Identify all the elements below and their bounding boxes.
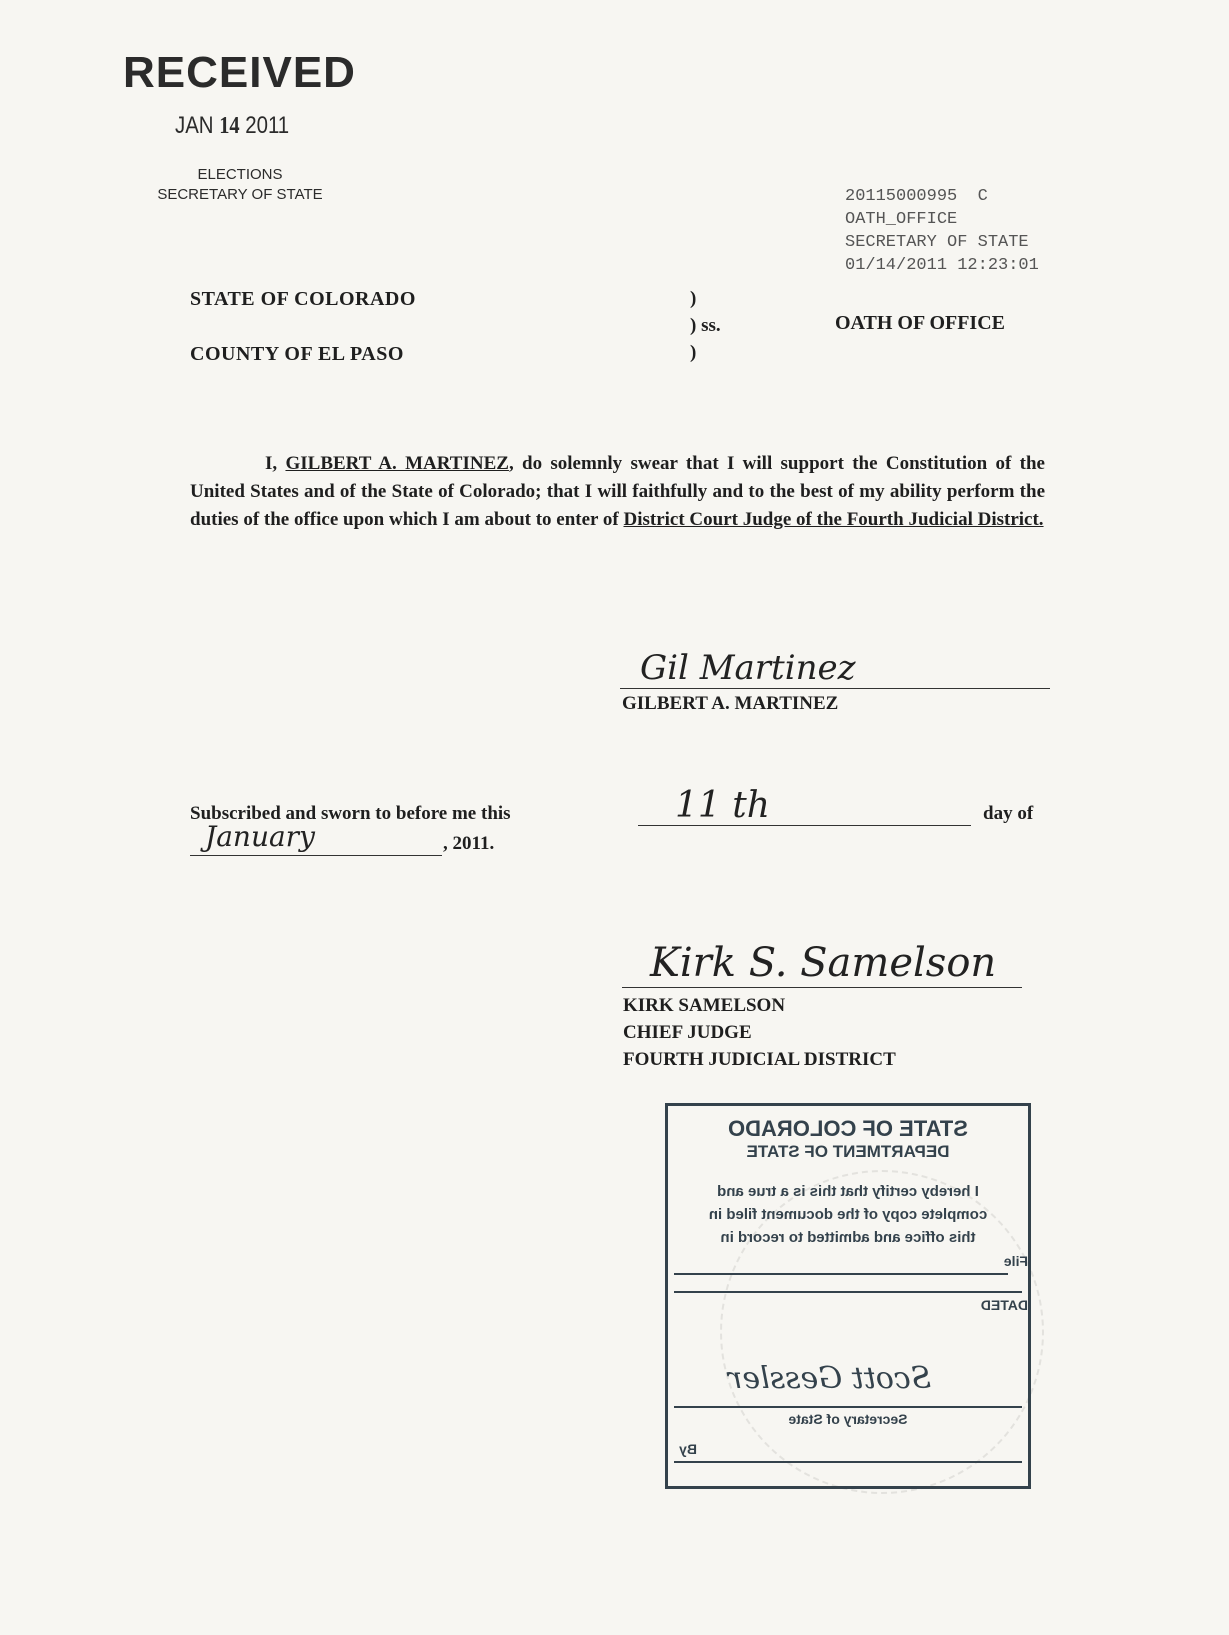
stamp-dept-line2: SECRETARY OF STATE (150, 185, 330, 205)
stamp-dept-line1: ELECTIONS (150, 165, 330, 185)
filing-office: SECRETARY OF STATE (845, 231, 1039, 254)
judge-block: KIRK SAMELSON CHIEF JUDGE FOURTH JUDICIA… (623, 992, 896, 1073)
seal-line2: DEPARTMENT OF STATE (668, 1142, 1028, 1162)
judge-signature-line (622, 987, 1022, 988)
oath-office: District Court Judge of the Fourth Judic… (623, 509, 1043, 530)
seal-by-line (674, 1461, 1022, 1463)
stamp-day: 14 (219, 113, 239, 139)
venue-paren: ) (690, 342, 696, 364)
jurat-month-line (190, 855, 442, 856)
seal-line1: STATE OF COLORADO (668, 1116, 1028, 1142)
jurat-day-of: day of (983, 803, 1033, 825)
seal-cert3: this office and admitted to record in (668, 1226, 1028, 1249)
oath-name: GILBERT A. MARTINEZ (285, 453, 508, 474)
secretary-signature: Scott Gessler (728, 1361, 931, 1396)
stamp-year: 2011 (245, 112, 289, 139)
received-stamp-dept: ELECTIONS SECRETARY OF STATE (150, 165, 330, 205)
document-title: OATH OF OFFICE (835, 312, 1005, 335)
jurat-year: , 2011. (443, 833, 494, 855)
judge-name: KIRK SAMELSON (623, 992, 896, 1019)
affiant-signature-line (620, 688, 1050, 689)
oath-prefix: I, (265, 453, 285, 474)
seal-cert1: I hereby certify that this is a true and (668, 1180, 1028, 1203)
jurat-month: January (205, 820, 315, 853)
jurat-day: 11 th (675, 785, 770, 826)
seal-secretary-label: Secretary of State (668, 1411, 1028, 1427)
seal-file-line (674, 1273, 1008, 1275)
seal-dated-line (674, 1291, 1022, 1293)
filing-number: 20115000995 C (845, 185, 1039, 208)
venue-ss: ) ss. (690, 315, 721, 337)
judge-signature: Kirk S. Samelson (650, 940, 996, 986)
judge-district: FOURTH JUDICIAL DISTRICT (623, 1046, 896, 1073)
seal-cert2: complete copy of the document filed in (668, 1203, 1028, 1226)
seal-secretary-line (674, 1406, 1022, 1408)
stamp-month: JAN (175, 112, 214, 139)
seal-dated-label: DATED (668, 1297, 1048, 1313)
venue-county: COUNTY OF EL PASO (190, 343, 404, 366)
affiant-signature: Gil Martinez (640, 648, 856, 688)
filing-timestamp: 01/14/2011 12:23:01 (845, 254, 1039, 277)
received-stamp-date: JAN 14 2011 (175, 112, 289, 140)
certification-stamp: STATE OF COLORADO DEPARTMENT OF STATE I … (665, 1103, 1031, 1489)
received-stamp-title: RECEIVED (123, 48, 356, 98)
venue-state: STATE OF COLORADO (190, 288, 416, 311)
seal-by-label: By (508, 1441, 868, 1457)
filing-type: OATH_OFFICE (845, 208, 1039, 231)
seal-certification: I hereby certify that this is a true and… (668, 1180, 1028, 1249)
affiant-name: GILBERT A. MARTINEZ (622, 693, 838, 715)
filing-stamp: 20115000995 COATH_OFFICESECRETARY OF STA… (845, 185, 1039, 277)
venue-paren: ) (690, 288, 696, 310)
judge-title: CHIEF JUDGE (623, 1019, 896, 1046)
oath-paragraph: I, GILBERT A. MARTINEZ, do solemnly swea… (190, 450, 1045, 534)
seal-file-label: File (668, 1253, 1028, 1269)
